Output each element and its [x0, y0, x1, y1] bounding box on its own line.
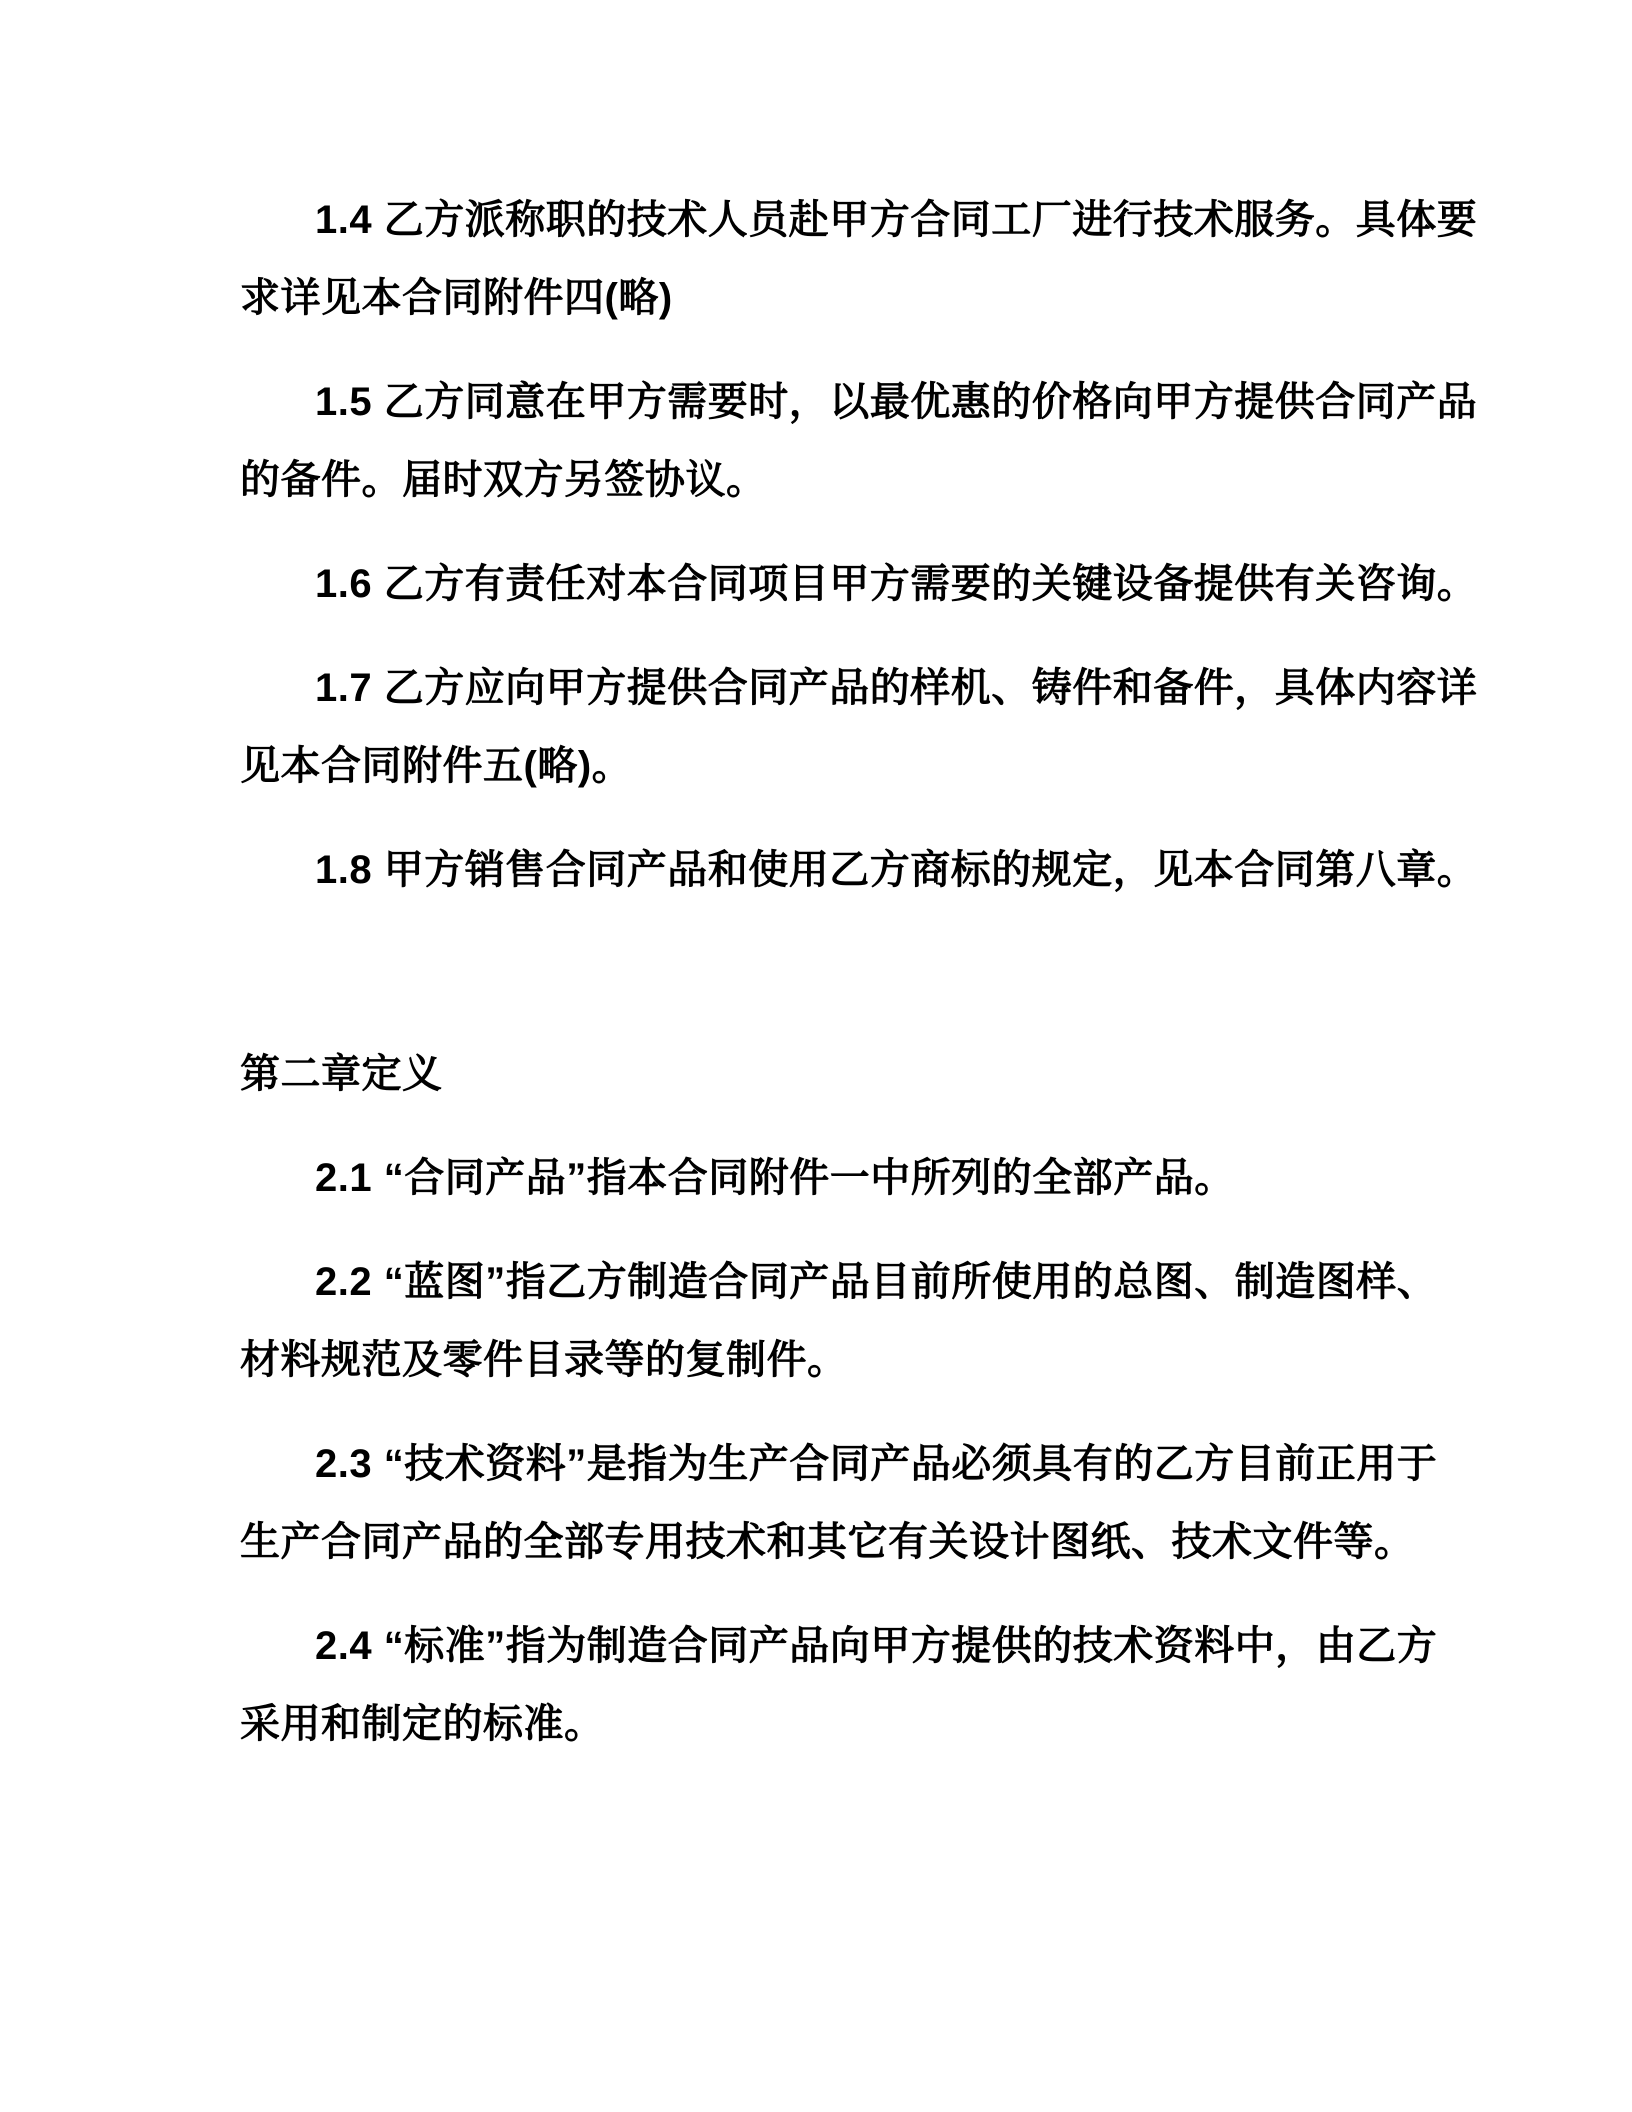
clause-1-7: 1.7 乙方应向甲方提供合同产品的样机、铸件和备件，具体内容详 见本合同附件五(…: [240, 649, 1387, 805]
clause-2-4: 2.4 “标准”指为制造合同产品向甲方提供的技术资料中，由乙方 采用和制定的标准…: [240, 1607, 1387, 1763]
paragraph-line: 采用和制定的标准。: [240, 1685, 1387, 1763]
clause-1-5: 1.5 乙方同意在甲方需要时，以最优惠的价格向甲方提供合同产品 的备件。届时双方…: [240, 363, 1387, 519]
clause-1-6: 1.6 乙方有责任对本合同项目甲方需要的关键设备提供有关咨询。: [240, 545, 1387, 623]
paragraph-line: 求详见本合同附件四(略): [240, 259, 1387, 337]
clause-1-8: 1.8 甲方销售合同产品和使用乙方商标的规定，见本合同第八章。: [240, 831, 1387, 909]
paragraph-line: 1.8 甲方销售合同产品和使用乙方商标的规定，见本合同第八章。: [240, 831, 1387, 909]
clause-1-4: 1.4 乙方派称职的技术人员赴甲方合同工厂进行技术服务。具体要 求详见本合同附件…: [240, 181, 1387, 337]
chapter-heading: 第二章定义: [240, 1035, 1387, 1113]
paragraph-line: 1.4 乙方派称职的技术人员赴甲方合同工厂进行技术服务。具体要: [240, 181, 1387, 259]
document-page: 1.4 乙方派称职的技术人员赴甲方合同工厂进行技术服务。具体要 求详见本合同附件…: [0, 0, 1632, 2112]
paragraph-line: 1.7 乙方应向甲方提供合同产品的样机、铸件和备件，具体内容详: [240, 649, 1387, 727]
paragraph-line: 1.5 乙方同意在甲方需要时，以最优惠的价格向甲方提供合同产品: [240, 363, 1387, 441]
clause-2-1: 2.1 “合同产品”指本合同附件一中所列的全部产品。: [240, 1139, 1387, 1217]
paragraph-line: 1.6 乙方有责任对本合同项目甲方需要的关键设备提供有关咨询。: [240, 545, 1387, 623]
paragraph-line: 生产合同产品的全部专用技术和其它有关设计图纸、技术文件等。: [240, 1503, 1387, 1581]
chapter-heading-text: 第二章定义: [240, 1035, 1387, 1113]
paragraph-line: 的备件。届时双方另签协议。: [240, 441, 1387, 519]
paragraph-line: 2.4 “标准”指为制造合同产品向甲方提供的技术资料中，由乙方: [240, 1607, 1387, 1685]
clause-2-3: 2.3 “技术资料”是指为生产合同产品必须具有的乙方目前正用于 生产合同产品的全…: [240, 1425, 1387, 1581]
paragraph-line: 2.2 “蓝图”指乙方制造合同产品目前所使用的总图、制造图样、: [240, 1243, 1387, 1321]
paragraph-line: 材料规范及零件目录等的复制件。: [240, 1321, 1387, 1399]
paragraph-line: 2.3 “技术资料”是指为生产合同产品必须具有的乙方目前正用于: [240, 1425, 1387, 1503]
paragraph-line: 2.1 “合同产品”指本合同附件一中所列的全部产品。: [240, 1139, 1387, 1217]
clause-2-2: 2.2 “蓝图”指乙方制造合同产品目前所使用的总图、制造图样、 材料规范及零件目…: [240, 1243, 1387, 1399]
paragraph-line: 见本合同附件五(略)。: [240, 727, 1387, 805]
